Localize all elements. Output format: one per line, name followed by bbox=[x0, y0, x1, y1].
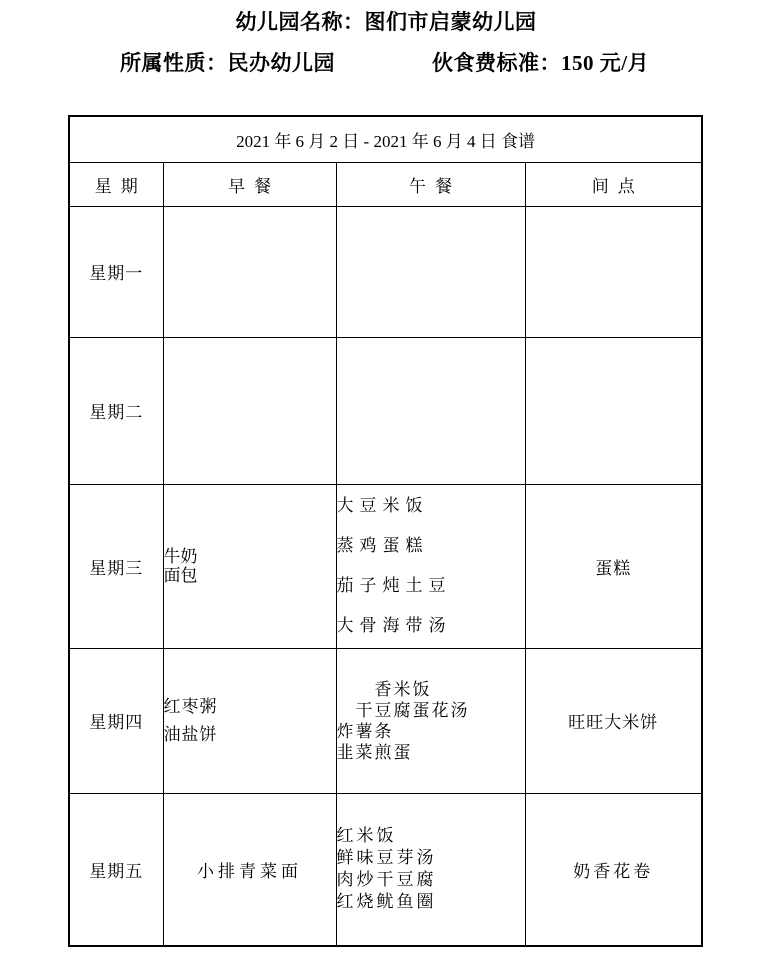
row-tuesday: 星期二 bbox=[69, 337, 702, 484]
row-friday: 星期五 小排青菜面 红米饭 鲜味豆芽汤 肉炒干豆腐 红烧鱿鱼圈 奶香花卷 bbox=[69, 793, 702, 946]
cell-thursday-breakfast: 红枣粥 油盐饼 bbox=[163, 648, 336, 793]
row-wednesday: 星期三 牛奶 面包 大豆米饭 蒸鸡蛋糕 茄子炖土豆 大骨海带汤 蛋糕 bbox=[69, 484, 702, 648]
col-header-day: 星期 bbox=[69, 162, 163, 206]
col-header-breakfast: 早餐 bbox=[163, 162, 336, 206]
table-header-row: 星期 早餐 午餐 间点 bbox=[69, 162, 702, 206]
cell-wednesday-lunch: 大豆米饭 蒸鸡蛋糕 茄子炖土豆 大骨海带汤 bbox=[336, 484, 525, 648]
document-page: 幼儿园名称：图们市启蒙幼儿园 所属性质：民办幼儿园 伙食费标准：150 元/月 … bbox=[0, 0, 772, 955]
cell-friday-snack: 奶香花卷 bbox=[525, 793, 702, 946]
menu-table: 2021 年 6 月 2 日 - 2021 年 6 月 4 日 食谱 星期 早餐… bbox=[68, 115, 703, 947]
cell-monday-snack bbox=[525, 206, 702, 337]
kindergarten-name-title: 幼儿园名称：图们市启蒙幼儿园 bbox=[0, 8, 772, 37]
day-label-tuesday: 星期二 bbox=[69, 337, 163, 484]
cell-tuesday-breakfast bbox=[163, 337, 336, 484]
cell-monday-lunch bbox=[336, 206, 525, 337]
day-label-monday: 星期一 bbox=[69, 206, 163, 337]
cell-friday-breakfast: 小排青菜面 bbox=[163, 793, 336, 946]
row-monday: 星期一 bbox=[69, 206, 702, 337]
ownership-type-label: 所属性质：民办幼儿园 bbox=[120, 49, 335, 78]
cell-wednesday-snack: 蛋糕 bbox=[525, 484, 702, 648]
row-thursday: 星期四 红枣粥 油盐饼 香米饭 干豆腐蛋花汤 炸薯条 韭菜煎蛋 旺旺大米饼 bbox=[69, 648, 702, 793]
cell-thursday-snack: 旺旺大米饼 bbox=[525, 648, 702, 793]
table-title-row: 2021 年 6 月 2 日 - 2021 年 6 月 4 日 食谱 bbox=[69, 116, 702, 162]
cell-wednesday-breakfast: 牛奶 面包 bbox=[163, 484, 336, 648]
meal-fee-standard-label: 伙食费标准：150 元/月 bbox=[432, 49, 649, 78]
cell-thursday-lunch: 香米饭 干豆腐蛋花汤 炸薯条 韭菜煎蛋 bbox=[336, 648, 525, 793]
cell-friday-lunch: 红米饭 鲜味豆芽汤 肉炒干豆腐 红烧鱿鱼圈 bbox=[336, 793, 525, 946]
cell-tuesday-snack bbox=[525, 337, 702, 484]
cell-tuesday-lunch bbox=[336, 337, 525, 484]
cell-monday-breakfast bbox=[163, 206, 336, 337]
col-header-lunch: 午餐 bbox=[336, 162, 525, 206]
day-label-thursday: 星期四 bbox=[69, 648, 163, 793]
col-header-snack: 间点 bbox=[525, 162, 702, 206]
menu-date-range-title: 2021 年 6 月 2 日 - 2021 年 6 月 4 日 食谱 bbox=[69, 116, 702, 162]
day-label-friday: 星期五 bbox=[69, 793, 163, 946]
day-label-wednesday: 星期三 bbox=[69, 484, 163, 648]
